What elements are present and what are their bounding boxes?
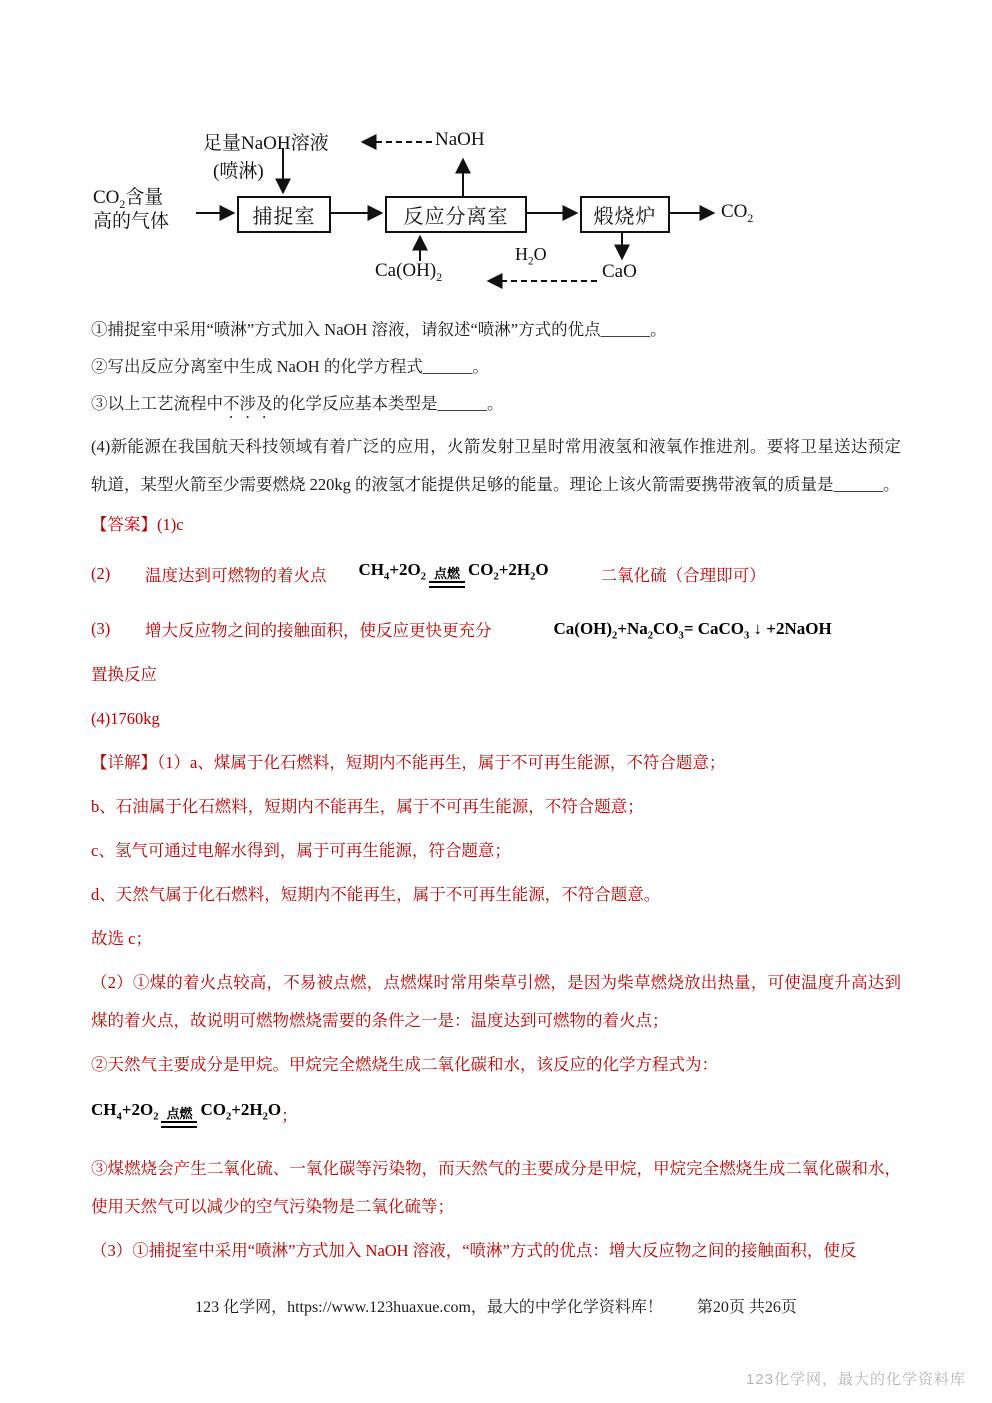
detail-line-2-2: ②天然气主要成分是甲烷。甲烷完全燃烧生成二氧化碳和水，该反应的化学方程式为：	[91, 1046, 901, 1084]
detail-equation-row: CH4+2O2点燃CO2+2H2O ；	[91, 1084, 901, 1144]
label-cao: CaO	[602, 261, 637, 283]
answer-1: (1)c	[157, 515, 184, 534]
question-3-emphasized: 不涉及	[223, 394, 273, 413]
detail-line-c: c、氢气可通过电解水得到，属于可再生能源，符合题意；	[91, 832, 901, 870]
detail-line-2-1: （2）①煤的着火点较高，不易被点燃，点燃煤时常用柴草引燃，是因为柴草燃烧放出热量…	[91, 964, 901, 1040]
label-co2-out: CO2	[721, 201, 753, 223]
document-page: 足量NaOH溶液 (喷淋) NaOH CO2含量 高的气体 捕捉室 反应分离室 …	[0, 0, 992, 1403]
box-calcination-furnace: 煅烧炉	[580, 196, 670, 233]
label-naoh-solution: 足量NaOH溶液	[203, 128, 329, 155]
question-4: (4)新能源在我国航天科技领域有着广泛的应用，火箭发射卫星时常用液氢和液氧作推进…	[91, 428, 901, 504]
page-number: 第20页 共26页	[697, 1299, 797, 1316]
flow-diagram: 足量NaOH溶液 (喷淋) NaOH CO2含量 高的气体 捕捉室 反应分离室 …	[91, 118, 901, 303]
detail-1a: （1）a、煤属于化石燃料，短期内不能再生，属于不可再生能源，不符合题意；	[157, 753, 725, 772]
answer-line-4: 置换反应	[91, 656, 901, 694]
question-block: ①捕捉室中采用“喷淋”方式加入 NaOH 溶液，请叙述“喷淋”方式的优点____…	[91, 311, 901, 422]
answer-line-3: (3) 增大反应物之间的接触面积，使反应更快更充分 Ca(OH)2+Na2CO3…	[91, 606, 901, 652]
detail-line-1: 【详解】（1）a、煤属于化石燃料，短期内不能再生，属于不可再生能源，不符合题意；	[91, 744, 901, 782]
label-ca-oh2: Ca(OH)2	[375, 260, 442, 282]
question-1: ①捕捉室中采用“喷淋”方式加入 NaOH 溶液，请叙述“喷淋”方式的优点____…	[91, 311, 901, 348]
detail-conclusion-1: 故选 c；	[91, 920, 901, 958]
answer-2-number: (2)	[91, 564, 145, 584]
label-naoh: NaOH	[435, 129, 485, 151]
question-3-suffix: 的化学反应基本类型是______。	[273, 394, 504, 413]
answer-2-extra: 二氧化硫（合理即可）	[601, 562, 766, 586]
box-reaction-separation-room: 反应分离室	[385, 196, 527, 233]
question-3-prefix: ③以上工艺流程中	[91, 394, 223, 413]
question-2: ②写出反应分离室中生成 NaOH 的化学方程式______。	[91, 348, 901, 385]
detail-line-3-1: （3）①捕捉室中采用“喷淋”方式加入 NaOH 溶液，“喷淋”方式的优点：增大反…	[91, 1232, 901, 1270]
detail-label: 【详解】	[91, 753, 157, 772]
detail-line-2-3: ③煤燃烧会产生二氧化硫、一氧化碳等污染物，而天然气的主要成分是甲烷，甲烷完全燃烧…	[91, 1150, 901, 1226]
answer-3-text: 增大反应物之间的接触面积，使反应更快更充分	[145, 617, 492, 641]
equation-methane-combustion-detail: CH4+2O2点燃CO2+2H2O	[91, 1100, 281, 1129]
footer-site-text: 123 化学网，https://www.123huaxue.com，最大的中学化…	[195, 1299, 663, 1316]
answer-2-text: 温度达到可燃物的着火点	[145, 562, 327, 586]
page-footer: 123 化学网，https://www.123huaxue.com，最大的中学化…	[0, 1294, 992, 1317]
box-capture-room: 捕捉室	[237, 196, 331, 233]
watermark: 123化学网，最大的化学资料库	[746, 1368, 966, 1389]
answer-line-2: (2) 温度达到可燃物的着火点 CH4+2O2点燃CO2+2H2O 二氧化硫（合…	[91, 546, 901, 602]
equation-lime-soda: Ca(OH)2+Na2CO3= CaCO3 ↓ +2NaOH	[554, 619, 832, 639]
question-3: ③以上工艺流程中不涉及的化学反应基本类型是______。	[91, 385, 901, 422]
detail-line-b: b、石油属于化石燃料，短期内不能再生，属于不可再生能源，不符合题意；	[91, 788, 901, 826]
label-co2-rich-gas-line1: CO2含量	[93, 186, 169, 210]
label-h2o: H2O	[515, 244, 547, 265]
detail-line-d: d、天然气属于化石燃料，短期内不能再生，属于不可再生能源，不符合题意。	[91, 876, 901, 914]
label-co2-rich-gas-line2: 高的气体	[93, 210, 169, 234]
answer-label: 【答案】	[91, 515, 157, 534]
label-co2-rich-gas: CO2含量 高的气体	[93, 186, 169, 234]
answer-3-number: (3)	[91, 619, 145, 639]
equation-methane-combustion: CH4+2O2点燃CO2+2H2O	[359, 560, 549, 589]
detail-equation-tail: ；	[281, 1102, 298, 1126]
label-spray: (喷淋)	[213, 156, 264, 183]
answer-line-5: (4)1760kg	[91, 700, 901, 738]
answer-line-1: 【答案】(1)c	[91, 506, 901, 544]
